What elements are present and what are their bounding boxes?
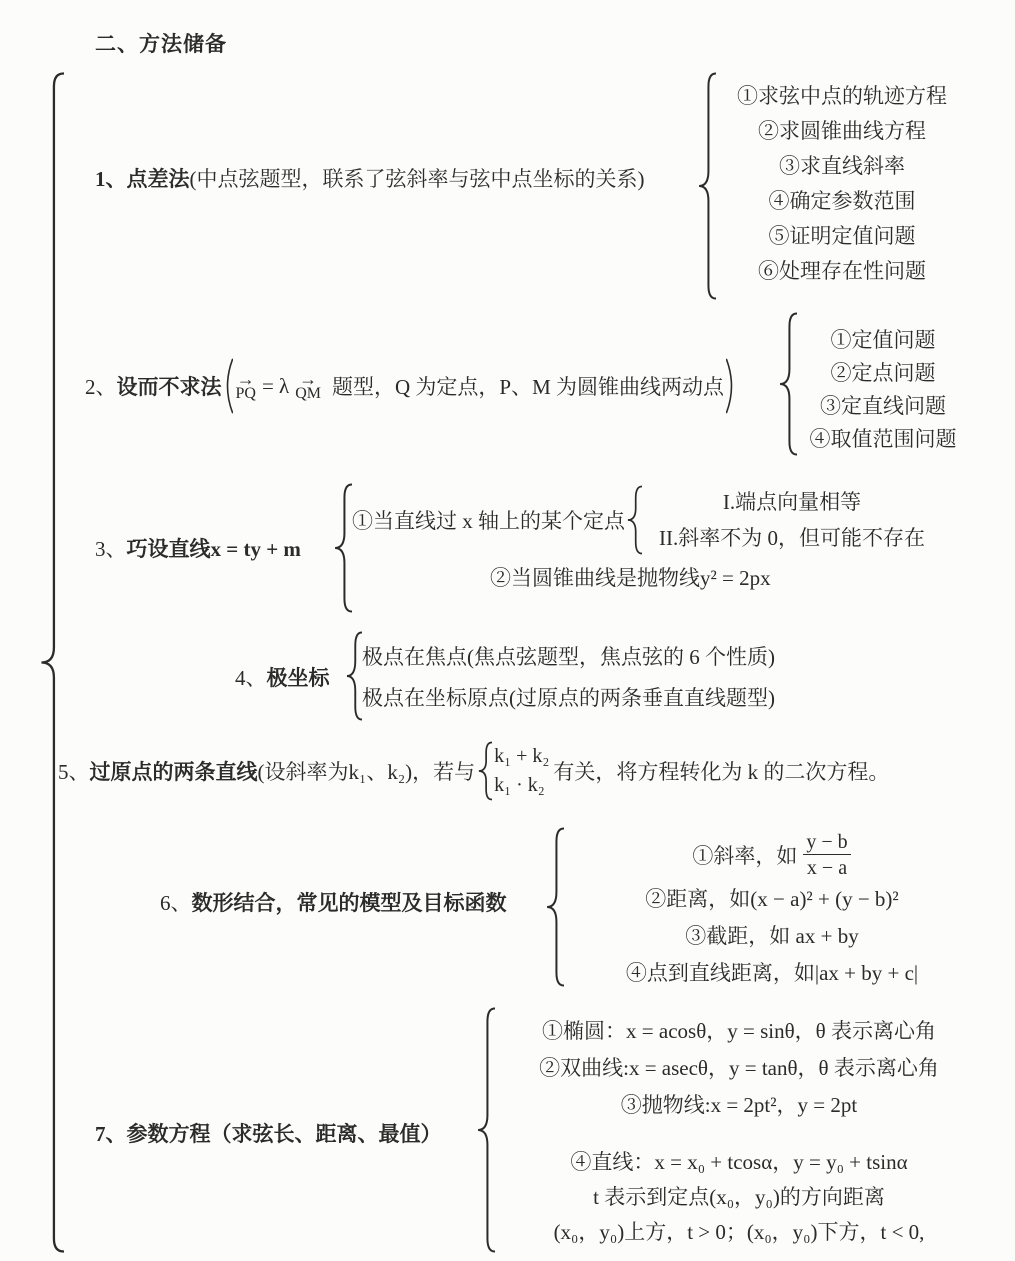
list-item: ①斜率，如 y − b x − a	[560, 829, 984, 881]
item-2-equals: = λ	[262, 374, 289, 399]
list-item: ②求圆锥曲线方程	[710, 114, 974, 149]
item-4-number: 4、	[235, 666, 267, 690]
list-item: ④确定参数范围	[710, 184, 974, 219]
item-7-label: 7、参数方程（求弦长、距离、最值）	[95, 1118, 442, 1148]
list-item: ③截距，如 ax + by	[560, 918, 984, 955]
list-item: ③定直线问题	[792, 390, 974, 423]
vector-arrow-icon: →	[299, 370, 317, 386]
item-7-sublist: ①椭圆：x = acosθ，y = sinθ，θ 表示离心角 ②双曲线:x = …	[490, 1013, 988, 1250]
item-4-method-name: 极坐标	[267, 666, 330, 690]
item-1-note: (中点弦题型，联系了弦斜率与弦中点坐标的关系)	[190, 167, 645, 191]
item-4-sublist: 极点在焦点(焦点弦题型，焦点弦的 6 个性质) 极点在坐标原点(过原点的两条垂直…	[362, 637, 775, 719]
item-1-number: 1、	[95, 167, 127, 191]
item-6-sublist: ①斜率，如 y − b x − a ②距离，如(x − a)² + (y − b…	[560, 829, 984, 992]
list-item: ⑤证明定值问题	[710, 219, 974, 254]
item-5-conclusion: 有关，将方程转化为 k 的二次方程。	[553, 756, 889, 786]
item-6-sub-1-text: ①斜率，如	[692, 840, 797, 870]
item-3-sub-1: ①当直线过 x 轴上的某个定点	[352, 505, 625, 535]
item-4-label: 4、极坐标	[235, 662, 330, 692]
item-2-sublist: ①定值问题 ②定点问题 ③定直线问题 ④取值范围问题	[792, 324, 974, 456]
list-item: ④点到直线距离，如|ax + by + c|	[560, 955, 984, 992]
list-item: (x₀，y₀)上方，t > 0；(x₀，y₀)下方，t < 0,	[490, 1215, 988, 1250]
list-item: II.斜率不为 0，但可能不存在	[642, 520, 942, 556]
item-6-number: 6、	[160, 891, 192, 915]
list-item: k₁ · k₂	[494, 771, 545, 800]
item-3-subrow-1: ①当直线过 x 轴上的某个定点 I.端点向量相等 II.斜率不为 0，但可能不存…	[352, 484, 942, 556]
spacer	[490, 1124, 988, 1145]
item-5-line: 5、过原点的两条直线(设斜率为k₁、k₂)，若与 k₁ + k₂ k₁ · k₂…	[58, 741, 889, 801]
item-2-label: 2、设而不求法 → PQ = λ → QM 题型，Q 为定点，P、M 为圆锥曲线…	[85, 358, 737, 414]
item-6-method-name: 数形结合，常见的模型及目标函数	[192, 891, 507, 915]
item-7-sublist-b: ④直线：x = x₀ + tcosα，y = y₀ + tsinα t 表示到定…	[490, 1145, 988, 1250]
close-paren-shape	[726, 358, 737, 414]
list-item: ②定点问题	[792, 357, 974, 390]
item-3-cases: I.端点向量相等 II.斜率不为 0，但可能不存在	[642, 484, 942, 556]
list-item: ③抛物线:x = 2pt²，y = 2pt	[490, 1087, 988, 1124]
item-1-method-name: 点差法	[127, 167, 190, 191]
item-3-cases-brace	[627, 485, 642, 555]
list-item: ③求直线斜率	[710, 149, 974, 184]
item-3-brace	[334, 483, 352, 613]
item-5-number: 5、	[58, 756, 90, 786]
list-item: ①定值问题	[792, 324, 974, 357]
item-5-cases-brace	[478, 741, 492, 801]
list-item: ②双曲线:x = asecθ，y = tanθ，θ 表示离心角	[490, 1050, 988, 1087]
list-item: ①求弦中点的轨迹方程	[710, 79, 974, 114]
item-3-method-name: 巧设直线	[127, 537, 211, 561]
item-1-label: 1、点差法(中点弦题型，联系了弦斜率与弦中点坐标的关系)	[95, 163, 645, 193]
item-3-sub-2: ②当圆锥曲线是抛物线y² = 2px	[490, 562, 771, 592]
item-2-note: 题型，Q 为定点，P、M 为圆锥曲线两动点	[332, 371, 724, 401]
item-3-number: 3、	[95, 537, 127, 561]
item-1-sublist: ①求弦中点的轨迹方程 ②求圆锥曲线方程 ③求直线斜率 ④确定参数范围 ⑤证明定值…	[710, 79, 974, 289]
list-item: 极点在焦点(焦点弦题型，焦点弦的 6 个性质)	[362, 637, 775, 678]
vector-arrow-icon: →	[237, 370, 255, 386]
item-5-method-name: 过原点的两条直线	[90, 756, 258, 786]
list-item: ④直线：x = x₀ + tcosα，y = y₀ + tsinα	[490, 1145, 988, 1180]
list-item: k₁ + k₂	[494, 742, 549, 771]
item-6-label: 6、数形结合，常见的模型及目标函数	[160, 887, 507, 917]
list-item: I.端点向量相等	[642, 484, 942, 520]
item-2-method-name: 设而不求法	[117, 371, 222, 401]
scanned-notes-page: 二、方法储备 1、点差法(中点弦题型，联系了弦斜率与弦中点坐标的关系) ①求弦中…	[0, 0, 1015, 1261]
vector-pq: → PQ	[236, 370, 256, 402]
open-paren-shape	[222, 358, 233, 414]
page-title: 二、方法储备	[95, 28, 227, 58]
item-7-method-name: 参数方程（求弦长、距离、最值）	[127, 1122, 442, 1146]
item-3-label: 3、巧设直线x = ty + m	[95, 533, 301, 563]
item-4-brace	[346, 631, 362, 721]
item-5-cases: k₁ + k₂ k₁ · k₂	[492, 742, 549, 800]
list-item: 极点在坐标原点(过原点的两条垂直直线题型)	[362, 678, 775, 719]
item-7-number: 7、	[95, 1122, 127, 1146]
item-7-sublist-a: ①椭圆：x = acosθ，y = sinθ，θ 表示离心角 ②双曲线:x = …	[490, 1013, 988, 1124]
list-item: ①椭圆：x = acosθ，y = sinθ，θ 表示离心角	[490, 1013, 988, 1050]
list-item: ⑥处理存在性问题	[710, 254, 974, 289]
list-item: ②距离，如(x − a)² + (y − b)²	[560, 881, 984, 918]
vector-qm: → QM	[295, 370, 321, 402]
item-2-number: 2、	[85, 371, 117, 401]
fraction-y-b-over-x-a: y − b x − a	[802, 830, 851, 880]
list-item: ④取值范围问题	[792, 423, 974, 456]
outer-brace	[40, 72, 64, 1253]
item-5-note: (设斜率为k₁、k₂)，若与	[258, 756, 476, 786]
item-6-sublist-rest: ②距离，如(x − a)² + (y − b)² ③截距，如 ax + by ④…	[560, 881, 984, 992]
list-item: t 表示到定点(x₀，y₀)的方向距离	[490, 1180, 988, 1215]
item-3-equation: x = ty + m	[211, 537, 301, 561]
